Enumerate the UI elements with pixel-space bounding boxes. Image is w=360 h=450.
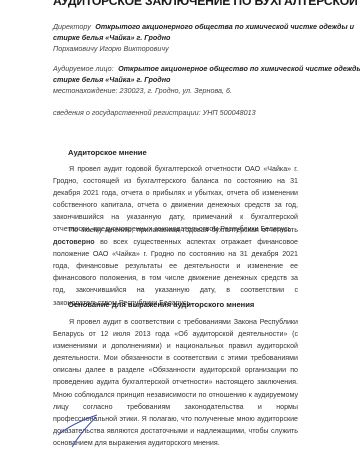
audited-entity-org-line2: стирке белья «Чайка» г. Гродно xyxy=(53,75,170,84)
registration-line: сведения о государственной регистрации: … xyxy=(53,106,256,117)
opinion-paragraph-2: По моему мнению, прилагаемая годовая бух… xyxy=(53,224,298,309)
document-title: АУДИТОРСКОЕ ЗАКЛЮЧЕНИЕ ПО БУХГАЛТЕРСКОЙ … xyxy=(53,0,360,8)
audited-entity-registration: сведения о государственной регистрации: … xyxy=(53,108,256,117)
location-line: местонахождение: 230023, г. Гродно, ул. … xyxy=(53,84,232,95)
addressee-line1: Директору Открытого акционерного обществ… xyxy=(53,20,354,31)
audited-entity-line2: стирке белья «Чайка» г. Гродно xyxy=(53,73,170,84)
signature-mark xyxy=(0,395,120,450)
audited-entity-location: местонахождение: 230023, г. Гродно, ул. … xyxy=(53,86,232,95)
audited-entity-line1: Аудируемое лицо: Открытое акционерное об… xyxy=(53,62,360,73)
opinion-keyword-dostoverno: достоверно xyxy=(53,238,95,246)
addressee-label: Директору xyxy=(53,22,91,31)
addressee-org-line2: стирке белья «Чайка» г. Гродно xyxy=(53,33,170,42)
opinion-paragraph-2-text-after: во всех существенных аспектах отражает ф… xyxy=(53,238,298,306)
addressee-line2: стирке белья «Чайка» г. Гродно xyxy=(53,31,170,42)
audited-entity-org-line1: Открытое акционерное общество по химичес… xyxy=(118,64,360,73)
opinion-paragraph-2-text-before: По моему мнению, прилагаемая годовая бух… xyxy=(69,226,298,234)
section-heading-opinion: Аудиторское мнение xyxy=(68,148,147,157)
document-page: АУДИТОРСКОЕ ЗАКЛЮЧЕНИЕ ПО БУХГАЛТЕРСКОЙ … xyxy=(0,0,360,450)
section-heading-basis: Основание для выражения аудиторского мне… xyxy=(68,300,254,309)
audited-entity-label: Аудируемое лицо: xyxy=(53,64,114,73)
addressee-org-line1: Открытого акционерного общества по химич… xyxy=(95,22,354,31)
addressee-person-line: Порхамовичу Игорю Викторовичу xyxy=(53,42,169,53)
addressee-person: Порхамовичу Игорю Викторовичу xyxy=(53,44,169,53)
